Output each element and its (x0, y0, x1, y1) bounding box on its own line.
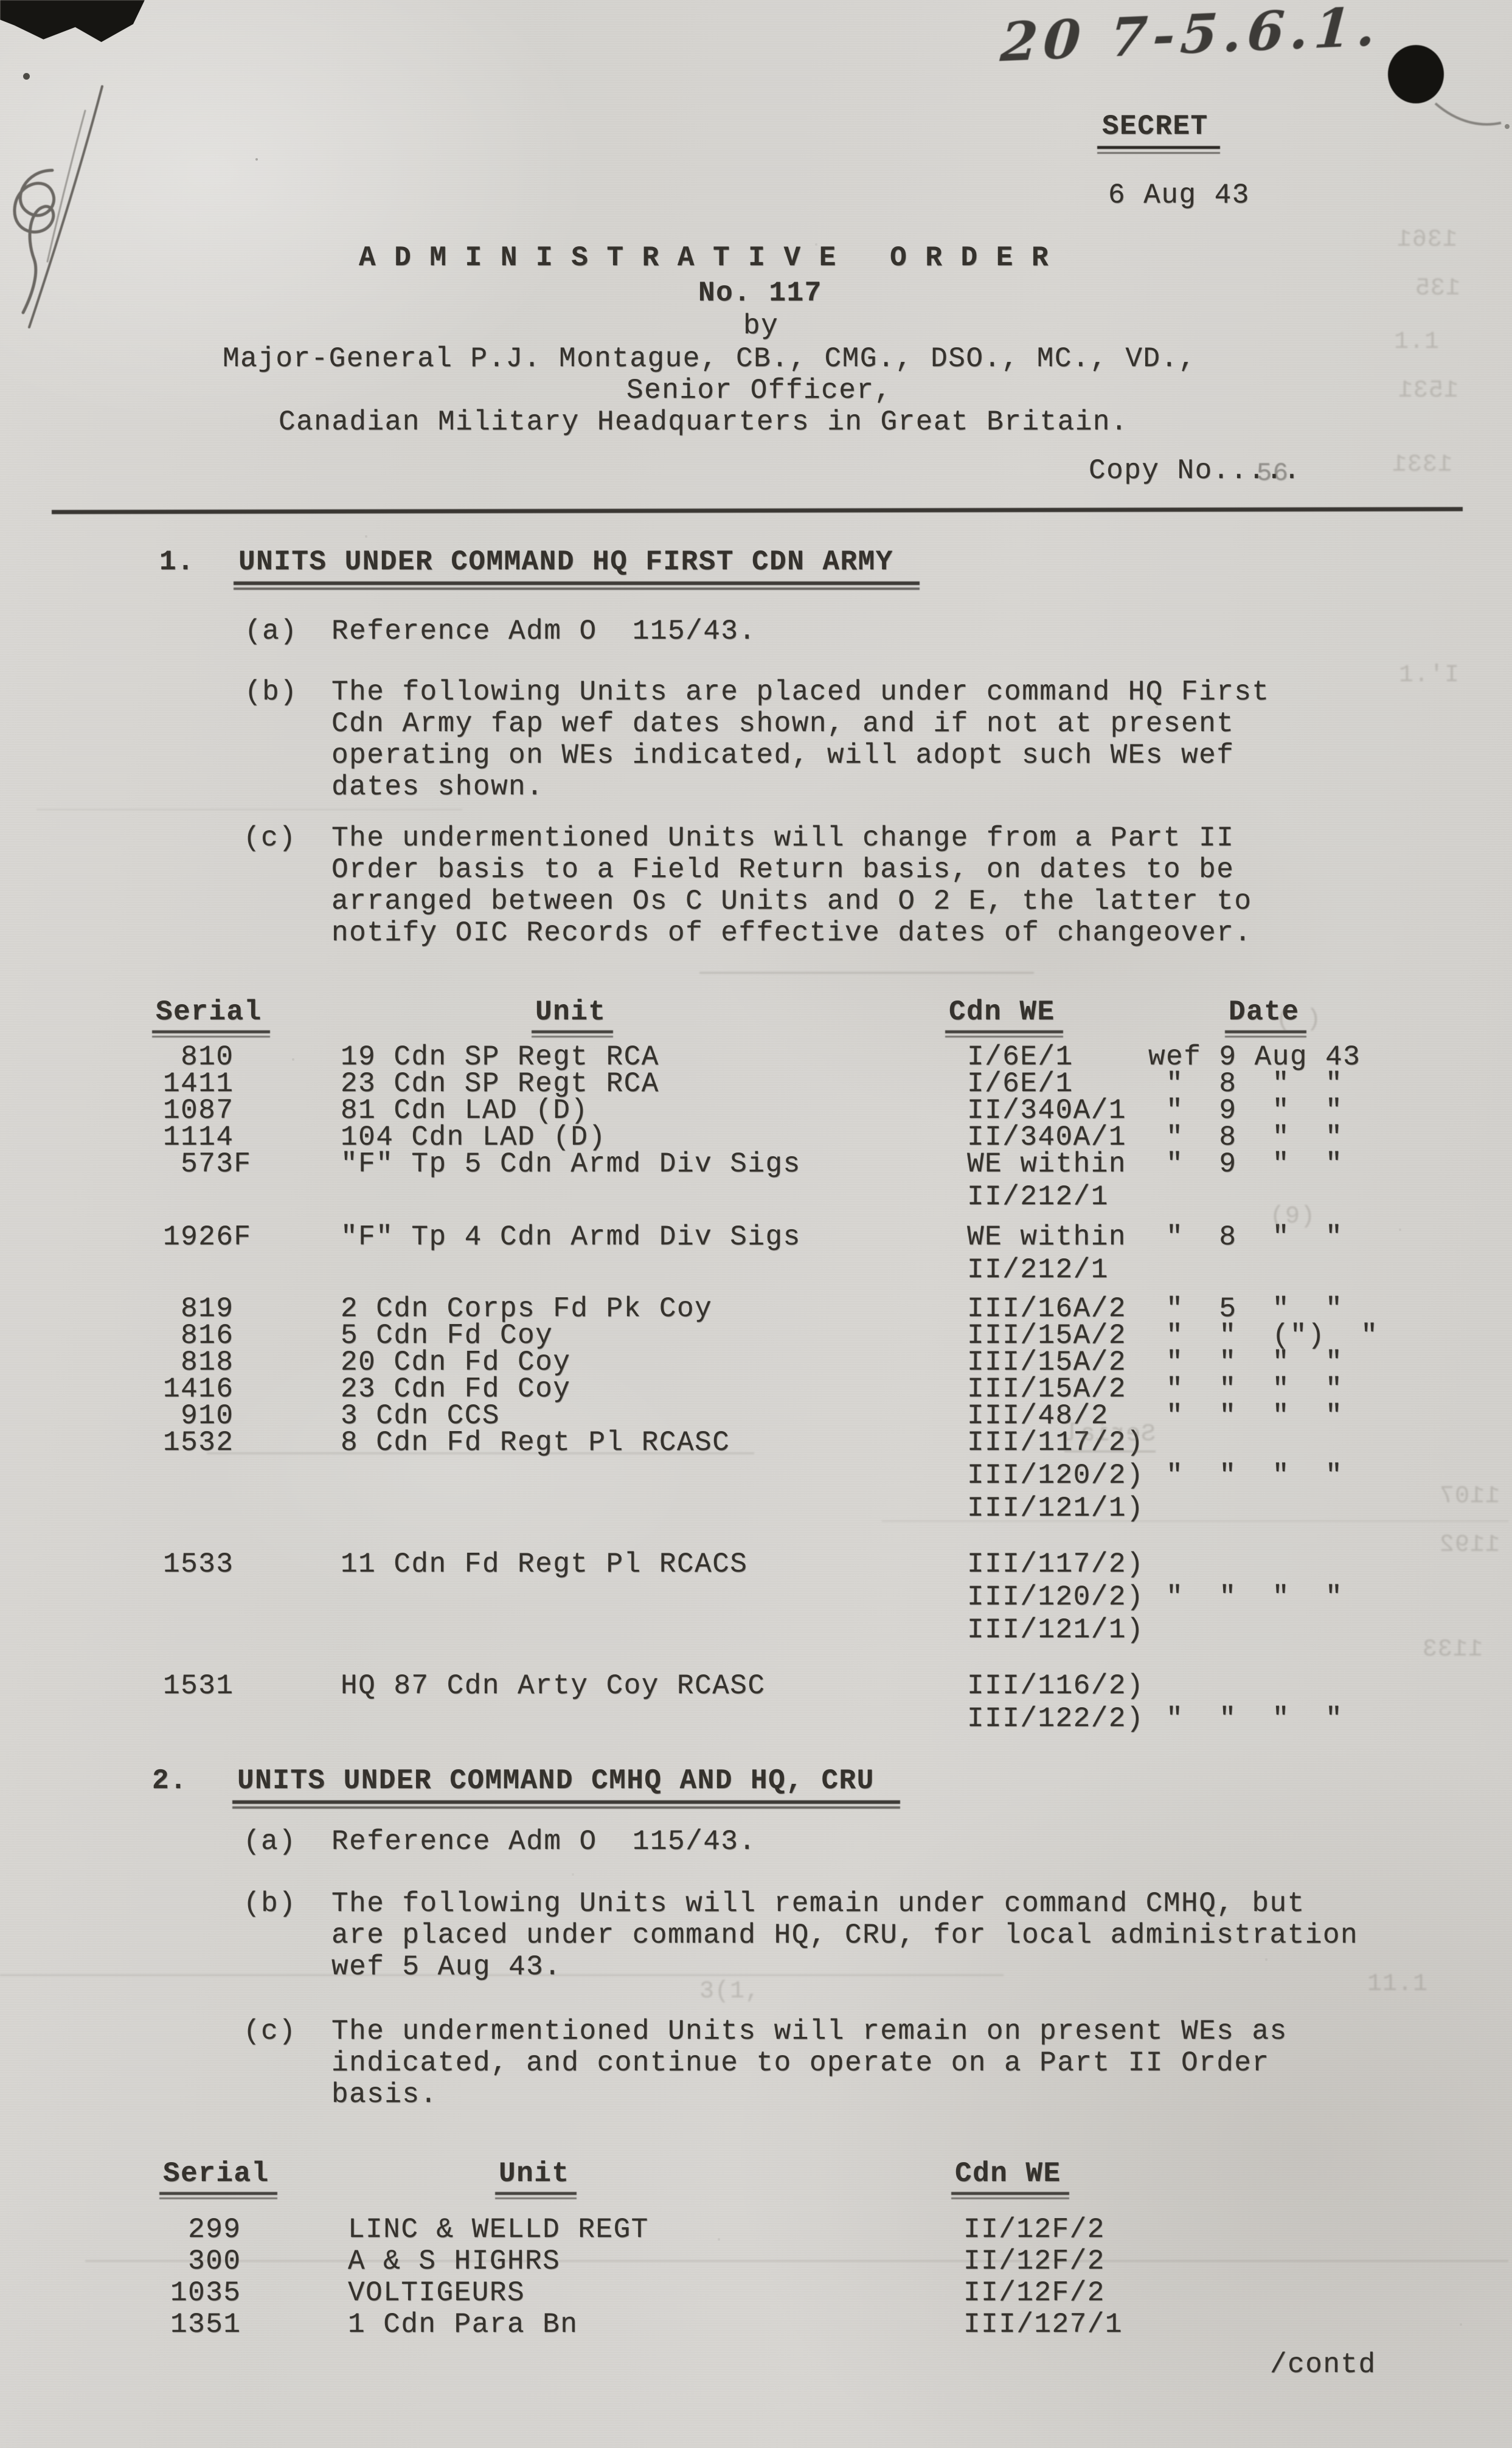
bleed-artifact: 1133 (1422, 1636, 1483, 1663)
bleed-artifact: Serial (1064, 1421, 1156, 1452)
cell-serial: 1533 (163, 1548, 234, 1580)
cell-date: " " " " (1148, 1400, 1343, 1432)
bleed-artifact: ( ) (1276, 1006, 1322, 1033)
document-date: 6 Aug 43 (1108, 179, 1250, 211)
cell-cdn-we: III/120/2) (967, 1460, 1144, 1491)
cell-cdn-we: II/12F/2 (963, 2277, 1105, 2309)
scanned-document-page: 20 7-5.6.1. SECRET 6 Aug 43 A D M I N I … (0, 0, 1512, 2448)
by-line: by (743, 310, 779, 342)
underline (232, 1800, 900, 1804)
paragraph-line: The following Units are placed under com… (331, 676, 1270, 708)
underline (495, 2197, 577, 2199)
underline (532, 1030, 613, 1033)
scan-streak (85, 2260, 1508, 2262)
cell-serial: 299 (170, 2214, 241, 2245)
cell-cdn-we: II/12F/2 (963, 2214, 1105, 2245)
cell-unit: HQ 87 Cdn Arty Coy RCASC (341, 1670, 766, 1702)
cell-cdn-we: III/121/1) (967, 1614, 1144, 1646)
section-number: 1. (159, 546, 195, 578)
continuation-mark: /contd (1270, 2349, 1376, 2380)
cell-date: " " " " (1148, 1703, 1343, 1735)
underline (495, 2192, 577, 2195)
cell-serial: 1531 (163, 1670, 234, 1702)
paragraph-line: notify OIC Records of effective dates of… (331, 917, 1252, 949)
cell-serial: 1035 (170, 2277, 241, 2309)
underline (1225, 1036, 1306, 1038)
copy-number-value: 56 (1257, 457, 1289, 489)
punch-hole-tail (1423, 91, 1512, 146)
column-header: Unit (499, 2158, 569, 2190)
cell-date: " " " " (1148, 1581, 1343, 1613)
document-title: A D M I N I S T R A T I V E O R D E R (359, 242, 1049, 274)
cell-cdn-we: II/212/1 (967, 1254, 1109, 1286)
scan-streak (36, 809, 462, 810)
cell-cdn-we: II/212/1 (967, 1181, 1109, 1213)
cell-unit: 8 Cdn Fd Regt Pl RCASC (341, 1427, 730, 1458)
cell-serial: 1532 (163, 1427, 234, 1458)
cell-cdn-we: III/117/2) (967, 1548, 1144, 1580)
underline (951, 2197, 1069, 2199)
paragraph-label: (b) (244, 676, 297, 708)
bleed-artifact: 1.'I (1399, 662, 1460, 689)
cell-unit: 1 Cdn Para Bn (348, 2309, 578, 2340)
paragraph-line: operating on WEs indicated, will adopt s… (331, 740, 1234, 771)
cell-date: " 9 " " (1148, 1148, 1343, 1180)
cell-cdn-we: III/120/2) (967, 1581, 1144, 1613)
column-header: Unit (535, 996, 606, 1028)
underline (945, 1036, 1063, 1038)
classification-underline-2 (1097, 152, 1220, 154)
bleed-artifact: 1331 (1392, 451, 1452, 479)
horizontal-rule (52, 507, 1463, 515)
section-number: 2. (152, 1765, 187, 1797)
cell-cdn-we: WE within (967, 1221, 1126, 1253)
officer-name: Major-General P.J. Montague, CB., CMG., … (223, 343, 1196, 375)
column-header: Cdn WE (949, 996, 1055, 1028)
underline (232, 1806, 900, 1809)
cell-serial: 300 (170, 2245, 241, 2277)
bleed-artifact: 11.1 (1367, 1971, 1428, 1998)
underline (532, 1036, 613, 1038)
cell-cdn-we: III/121/1) (967, 1493, 1144, 1524)
column-header: Serial (163, 2158, 269, 2190)
bleed-artifact: 1531 (1398, 377, 1458, 404)
bleed-artifact: 1192 (1439, 1531, 1500, 1559)
cell-serial: 573F (163, 1148, 252, 1180)
cell-unit: "F" Tp 5 Cdn Armd Div Sigs (341, 1148, 801, 1180)
underline (945, 1030, 1063, 1033)
cell-cdn-we: III/127/1 (963, 2309, 1123, 2340)
underline (152, 1030, 270, 1033)
cell-unit: "F" Tp 4 Cdn Armd Div Sigs (341, 1221, 801, 1253)
paragraph-line: dates shown. (331, 771, 544, 803)
paragraph-label: (a) (244, 615, 297, 647)
cell-date: " " " " (1148, 1460, 1343, 1491)
organisation-line: Canadian Military Headquarters in Great … (279, 406, 1128, 438)
officer-title: Senior Officer, (626, 375, 892, 406)
paragraph-line: Reference Adm O 115/43. (331, 615, 757, 647)
bleed-artifact: 1107 (1439, 1483, 1500, 1510)
paragraph-line: are placed under command HQ, CRU, for lo… (331, 1919, 1358, 1951)
paragraph-label: (a) (243, 1826, 296, 1857)
cell-cdn-we: WE within (967, 1148, 1126, 1180)
underline (234, 581, 920, 585)
column-header: Serial (156, 996, 262, 1028)
cell-unit: 11 Cdn Fd Regt Pl RCACS (341, 1548, 747, 1580)
paragraph-line: Order basis to a Field Return basis, on … (331, 854, 1234, 886)
scan-streak (699, 972, 1034, 974)
paragraph-line: Cdn Army fap wef dates shown, and if not… (331, 708, 1234, 740)
paragraph-line: arranged between Os C Units and O 2 E, t… (331, 886, 1252, 917)
order-number: No. 117 (698, 277, 822, 309)
cell-unit: VOLTIGEURS (348, 2277, 525, 2309)
bleed-artifact: 1.1 (1394, 328, 1440, 356)
underline (159, 2192, 277, 2195)
column-header: Cdn WE (955, 2158, 1061, 2190)
classification-underline (1097, 146, 1220, 149)
underline (234, 588, 920, 590)
paragraph-line: The undermentioned Units will remain on … (331, 2016, 1288, 2047)
bleed-artifact: 135 (1415, 275, 1460, 302)
paragraph-label: (b) (243, 1888, 296, 1919)
cell-cdn-we: III/122/2) (967, 1703, 1144, 1735)
underline (951, 2192, 1069, 2195)
cell-unit: LINC & WELLD REGT (348, 2214, 649, 2245)
bleed-artifact: (9) (1270, 1203, 1316, 1230)
section-heading: UNITS UNDER COMMAND CMHQ AND HQ, CRU (237, 1765, 875, 1797)
signature-scrawl (0, 79, 122, 341)
torn-corner-artifact (0, 0, 145, 44)
handwritten-file-number: 20 7-5.6.1. (999, 0, 1382, 74)
section-heading: UNITS UNDER COMMAND HQ FIRST CDN ARMY (238, 546, 893, 578)
cell-serial: 1926F (163, 1221, 252, 1253)
paragraph-line: The following Units will remain under co… (331, 1888, 1305, 1919)
paragraph-line: Reference Adm O 115/43. (331, 1826, 757, 1857)
cell-cdn-we: III/116/2) (967, 1670, 1144, 1702)
paragraph-line: wef 5 Aug 43. (331, 1951, 561, 1983)
classification-label: SECRET (1102, 111, 1209, 142)
underline (159, 2197, 277, 2199)
paper-speckles (255, 158, 258, 161)
cell-unit: A & S HIGHRS (348, 2245, 560, 2277)
bleed-artifact: 3(1, (699, 1978, 760, 2005)
paragraph-label: (c) (243, 2016, 296, 2047)
underline (152, 1036, 270, 1038)
paragraph-line: indicated, and continue to operate on a … (331, 2047, 1270, 2079)
paragraph-label: (c) (243, 822, 296, 854)
bleed-artifact: 1361 (1396, 226, 1457, 254)
cell-cdn-we: II/12F/2 (963, 2245, 1105, 2277)
cell-serial: 1351 (170, 2309, 241, 2340)
paragraph-line: The undermentioned Units will change fro… (331, 822, 1234, 854)
paragraph-line: basis. (331, 2079, 438, 2110)
